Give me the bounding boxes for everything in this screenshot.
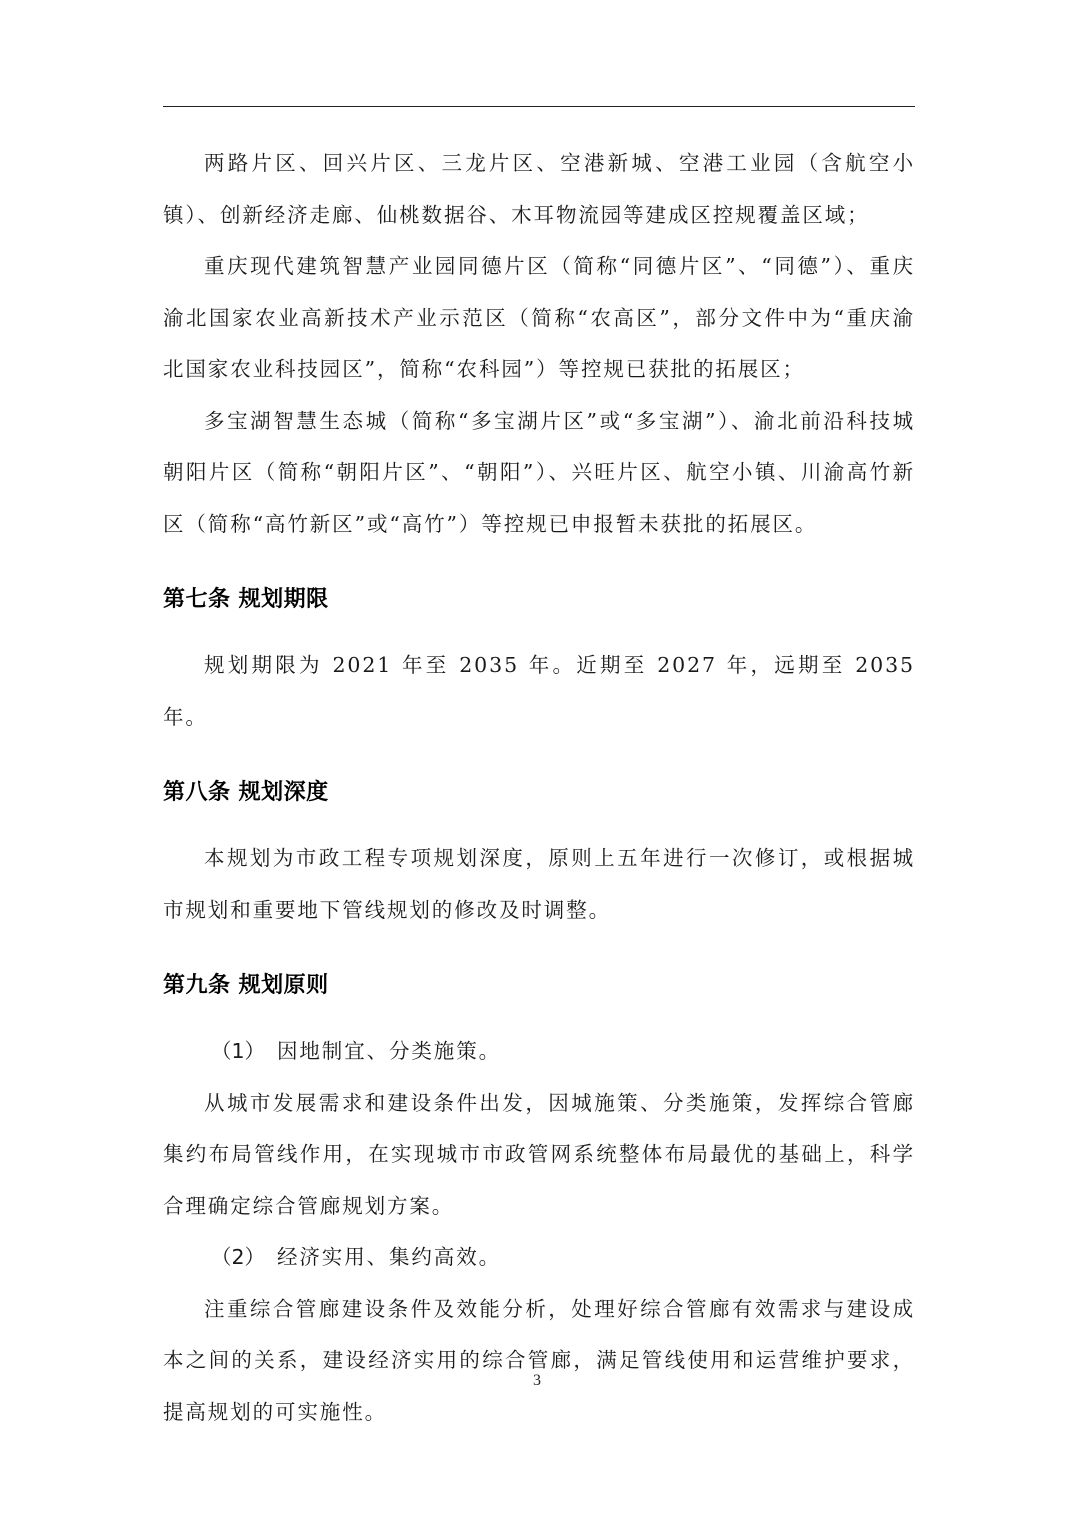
principle-body-2: 注重综合管廊建设条件及效能分析，处理好综合管廊有效需求与建设成本之间的关系，建设…: [163, 1284, 915, 1439]
principle-title-1: 因地制宜、分类施策。: [277, 1039, 501, 1063]
principle-body-1: 从城市发展需求和建设条件出发，因城施策、分类施策，发挥综合管廊集约布局管线作用，…: [163, 1078, 915, 1233]
paragraph-planning-depth: 本规划为市政工程专项规划深度，原则上五年进行一次修订，或根据城市规划和重要地下管…: [163, 833, 915, 936]
section-heading-article-9: 第九条 规划原则: [163, 966, 915, 1006]
paragraph-built-areas: 两路片区、回兴片区、三龙片区、空港新城、空港工业园（含航空小镇）、创新经济走廊、…: [163, 138, 915, 241]
paragraph-pending-expansion: 多宝湖智慧生态城（简称“多宝湖片区”或“多宝湖”）、渝北前沿科技城朝阳片区（简称…: [163, 396, 915, 551]
principle-item-2: （2）经济实用、集约高效。: [163, 1232, 915, 1284]
principle-item-1: （1）因地制宜、分类施策。: [163, 1026, 915, 1078]
section-heading-article-8: 第八条 规划深度: [163, 773, 915, 813]
principle-number-2: （2）: [211, 1232, 277, 1284]
paragraph-approved-expansion: 重庆现代建筑智慧产业园同德片区（简称“同德片区”、“同德”）、重庆渝北国家农业高…: [163, 241, 915, 396]
page-number: 3: [0, 1372, 1074, 1390]
document-page: 两路片区、回兴片区、三龙片区、空港新城、空港工业园（含航空小镇）、创新经济走廊、…: [0, 0, 1074, 1520]
page-content: 两路片区、回兴片区、三龙片区、空港新城、空港工业园（含航空小镇）、创新经济走廊、…: [163, 138, 915, 1438]
principle-number-1: （1）: [211, 1026, 277, 1078]
principle-title-2: 经济实用、集约高效。: [277, 1245, 501, 1269]
section-heading-article-7: 第七条 规划期限: [163, 580, 915, 620]
header-rule: [163, 106, 915, 107]
paragraph-planning-period: 规划期限为 2021 年至 2035 年。近期至 2027 年，远期至 2035…: [163, 640, 915, 743]
